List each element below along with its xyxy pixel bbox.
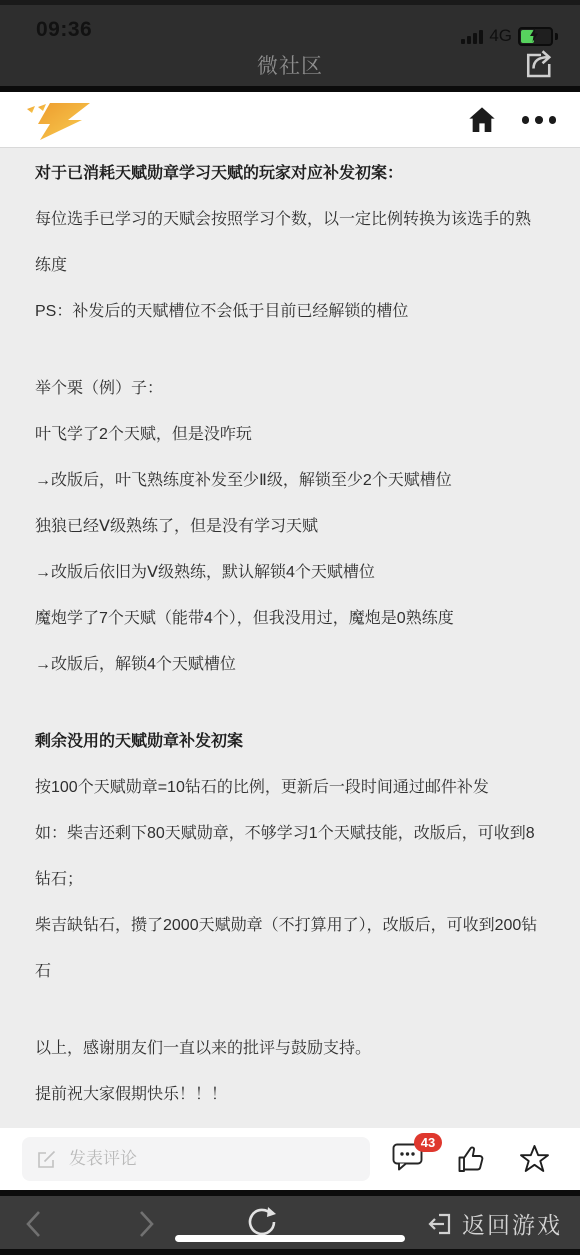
- content-line: →改版后，叶飞熟练度补发至少Ⅱ级，解锁至少2个天赋槽位: [35, 458, 545, 504]
- thumbs-up-icon: [456, 1144, 487, 1175]
- content-line: 独狼已经Ⅴ级熟练了，但是没有学习天赋: [35, 504, 545, 550]
- content-line: [35, 995, 545, 1026]
- content-line: 举个栗（例）子：: [35, 366, 545, 412]
- app-logo: [22, 100, 92, 142]
- comment-bar: 43: [0, 1128, 580, 1190]
- favorite-button[interactable]: [519, 1144, 550, 1174]
- network-type-label: 4G: [489, 26, 512, 46]
- page-title: 微社区: [0, 50, 580, 80]
- comment-input[interactable]: [22, 1137, 370, 1181]
- compose-icon: [36, 1149, 57, 1170]
- chevron-right-icon[interactable]: [136, 1209, 156, 1239]
- content-line: 以上，感谢朋友们一直以来的批评与鼓励支持。: [35, 1026, 545, 1072]
- content-line: [35, 688, 545, 719]
- like-button[interactable]: [456, 1144, 487, 1175]
- home-indicator[interactable]: [175, 1235, 405, 1242]
- content-line: 柴吉缺钻石，攒了2000天赋勋章（不打算用了），改版后，可收到200钻石: [35, 903, 545, 995]
- content-line: 每位选手已学习的天赋会按照学习个数，以一定比例转换为该选手的熟练度: [35, 197, 545, 289]
- comment-actions: 43: [392, 1143, 558, 1176]
- comments-button[interactable]: 43: [392, 1143, 424, 1176]
- return-game-label: 返回游戏: [462, 1207, 562, 1240]
- content-line: 按100个天赋勋章=10钻石的比例，更新后一段时间通过邮件补发: [35, 765, 545, 811]
- content-line: 提前祝大家假期快乐！！！: [35, 1072, 545, 1118]
- content-line: 魔炮学了7个天赋（能带4个），但我没用过，魔炮是0熟练度: [35, 596, 545, 642]
- home-icon[interactable]: [466, 104, 498, 136]
- content-line: 如：柴吉还剩下80天赋勋章，不够学习1个天赋技能，改版后，可收到8钻石；: [35, 811, 545, 903]
- content-line: →改版后依旧为Ⅴ级熟练，默认解锁4个天赋槽位: [35, 550, 545, 596]
- signal-bars-icon: [461, 29, 483, 44]
- content-line: 叶飞学了2个天赋，但是没咋玩: [35, 412, 545, 458]
- more-menu-icon[interactable]: [518, 105, 560, 135]
- app-header: [0, 92, 580, 148]
- content-line: ------------: [35, 1118, 545, 1128]
- chevron-left-icon[interactable]: [24, 1209, 44, 1239]
- return-to-game-button[interactable]: 返回游戏: [426, 1207, 562, 1240]
- browser-bottom-bar: 返回游戏: [0, 1190, 580, 1255]
- phone-screen: 09:36 4G 微社区: [0, 0, 580, 1255]
- status-title-bar: 09:36 4G 微社区: [0, 0, 580, 92]
- battery-icon: [518, 27, 558, 46]
- comment-count-badge: 43: [414, 1133, 442, 1152]
- content-line: 对于已消耗天赋勋章学习天赋的玩家对应补发初案：: [35, 151, 545, 197]
- post-content: 对于已消耗天赋勋章学习天赋的玩家对应补发初案： 每位选手已学习的天赋会按照学习个…: [0, 149, 580, 1128]
- clock-text: 09:36: [36, 18, 92, 42]
- comment-text-field[interactable]: [67, 1148, 331, 1170]
- content-line: PS：补发后的天赋槽位不会低于目前已经解锁的槽位: [35, 289, 545, 335]
- content-line: 剩余没用的天赋勋章补发初案: [35, 719, 545, 765]
- status-indicators: 4G: [461, 26, 558, 46]
- exit-game-icon: [426, 1210, 454, 1238]
- content-line: →改版后，解锁4个天赋槽位: [35, 642, 545, 688]
- content-line: [35, 335, 545, 366]
- charging-bolt-icon: [527, 28, 541, 42]
- share-icon[interactable]: [520, 46, 556, 82]
- star-icon: [519, 1144, 550, 1174]
